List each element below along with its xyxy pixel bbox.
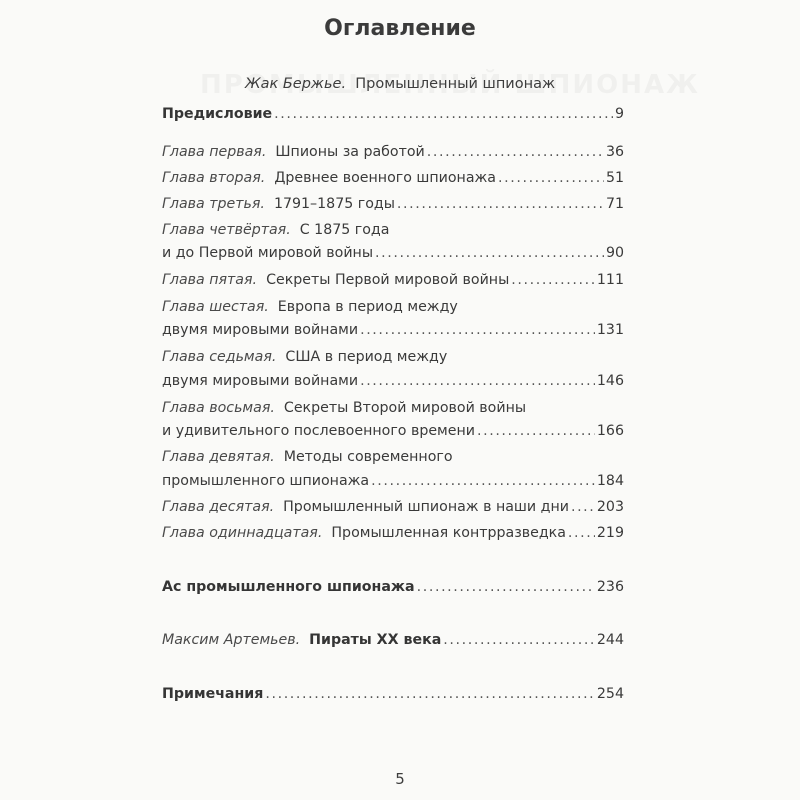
chapter-title: Промышленная контрразведка <box>331 525 566 541</box>
toc-entry-chapter-7-cont[interactable]: двумя мировыми войнами 146 <box>162 371 624 391</box>
leader-dots <box>511 270 595 290</box>
chapter-label: Глава пятая. <box>162 272 257 288</box>
toc-entry-chapter-7[interactable]: Глава седьмая. США в период между <box>162 347 624 367</box>
chapter-label: Глава одиннадцатая. <box>162 525 322 541</box>
toc-entry-chapter-1[interactable]: Глава первая. Шпионы за работой 36 <box>162 142 624 162</box>
leader-dots <box>265 684 595 704</box>
book-subtitle: Жак Бержье. Промышленный шпионаж <box>0 76 800 92</box>
chapter-label: Глава четвёртая. <box>162 222 291 238</box>
chapter-label: Глава вторая. <box>162 170 265 186</box>
chapter-label: Глава шестая. <box>162 299 269 315</box>
chapter-label: Глава девятая. <box>162 449 275 465</box>
chapter-title-cont: двумя мировыми войнами <box>162 320 358 340</box>
page-number: 9 <box>615 104 624 124</box>
page-number: 166 <box>597 421 624 441</box>
leader-dots <box>375 243 604 263</box>
chapter-title: Секреты Первой мировой войны <box>266 272 509 288</box>
chapter-title-cont: двумя мировыми войнами <box>162 371 358 391</box>
chapter-title: Шпионы за работой <box>275 144 424 160</box>
chapter-title-cont: и удивительного послевоенного времени <box>162 421 475 441</box>
page-number: 51 <box>606 168 624 188</box>
subtitle-author: Жак Бержье. <box>245 76 346 92</box>
leader-dots <box>568 523 595 543</box>
page-number: 203 <box>597 497 624 517</box>
book-page: ПРОМЫШЛЕННЫЙ ШПИОНАЖ Оглавление Жак Берж… <box>0 0 800 800</box>
page-number: 36 <box>606 142 624 162</box>
chapter-label: Глава седьмая. <box>162 349 276 365</box>
chapter-title: С 1875 года <box>300 222 390 238</box>
toc-entry-preface[interactable]: Предисловие 9 <box>162 104 624 124</box>
toc-entry-chapter-11[interactable]: Глава одиннадцатая. Промышленная контрра… <box>162 523 624 543</box>
chapter-title: Европа в период между <box>278 299 458 315</box>
toc-entry-chapter-9[interactable]: Глава девятая. Методы современного <box>162 447 624 467</box>
leader-dots <box>274 104 613 124</box>
toc-entry-notes[interactable]: Примечания 254 <box>162 684 624 704</box>
toc-entry-chapter-6-cont[interactable]: двумя мировыми войнами 131 <box>162 320 624 340</box>
page-title: Оглавление <box>0 16 800 41</box>
leader-dots <box>498 168 604 188</box>
page-number-footer: 5 <box>0 770 800 788</box>
page-number: 254 <box>597 684 624 704</box>
toc-entry-chapter-5[interactable]: Глава пятая. Секреты Первой мировой войн… <box>162 270 624 290</box>
toc-entry-ace[interactable]: Ас промышленного шпионажа 236 <box>162 577 624 597</box>
leader-dots <box>360 371 595 391</box>
chapter-label: Глава десятая. <box>162 499 274 515</box>
page-number: 244 <box>597 630 624 650</box>
toc-entry-chapter-3[interactable]: Глава третья. 1791–1875 годы 71 <box>162 194 624 214</box>
leader-dots <box>371 471 595 491</box>
page-number: 90 <box>606 243 624 263</box>
chapter-title: 1791–1875 годы <box>274 196 395 212</box>
leader-dots <box>443 630 595 650</box>
leader-dots <box>427 142 604 162</box>
chapter-title: Древнее военного шпионажа <box>274 170 496 186</box>
leader-dots <box>477 421 595 441</box>
page-number: 219 <box>597 523 624 543</box>
chapter-label: Глава третья. <box>162 196 265 212</box>
leader-dots <box>397 194 604 214</box>
chapter-label: Глава восьмая. <box>162 400 275 416</box>
subtitle-work: Промышленный шпионаж <box>355 76 555 92</box>
chapter-label: Глава первая. <box>162 144 266 160</box>
page-number: 184 <box>597 471 624 491</box>
toc-entry-pirates[interactable]: Максим Артемьев. Пираты XX века 244 <box>162 630 624 650</box>
chapter-title: Секреты Второй мировой войны <box>284 400 526 416</box>
page-number: 71 <box>606 194 624 214</box>
author-label: Максим Артемьев. <box>162 632 300 648</box>
leader-dots <box>571 497 595 517</box>
chapter-title: Методы современного <box>284 449 453 465</box>
leader-dots <box>360 320 595 340</box>
chapter-title: США в период между <box>285 349 447 365</box>
toc-entry-chapter-4[interactable]: Глава четвёртая. С 1875 года <box>162 220 624 240</box>
toc-entry-chapter-8-cont[interactable]: и удивительного послевоенного времени 16… <box>162 421 624 441</box>
work-title: Пираты XX века <box>309 632 441 648</box>
chapter-title: Промышленный шпионаж в наши дни <box>283 499 569 515</box>
toc-entry-chapter-9-cont[interactable]: промышленного шпионажа 184 <box>162 471 624 491</box>
toc-entry-chapter-2[interactable]: Глава вторая. Древнее военного шпионажа … <box>162 168 624 188</box>
toc-entry-chapter-10[interactable]: Глава десятая. Промышленный шпионаж в на… <box>162 497 624 517</box>
page-number: 111 <box>597 270 624 290</box>
toc-entry-chapter-6[interactable]: Глава шестая. Европа в период между <box>162 297 624 317</box>
chapter-title-cont: и до Первой мировой войны <box>162 243 373 263</box>
toc-entry-chapter-8[interactable]: Глава восьмая. Секреты Второй мировой во… <box>162 398 624 418</box>
page-number: 236 <box>597 577 624 597</box>
page-number: 146 <box>597 371 624 391</box>
leader-dots <box>417 577 595 597</box>
chapter-title-cont: промышленного шпионажа <box>162 471 369 491</box>
toc-entry-chapter-4-cont[interactable]: и до Первой мировой войны 90 <box>162 243 624 263</box>
page-number: 131 <box>597 320 624 340</box>
